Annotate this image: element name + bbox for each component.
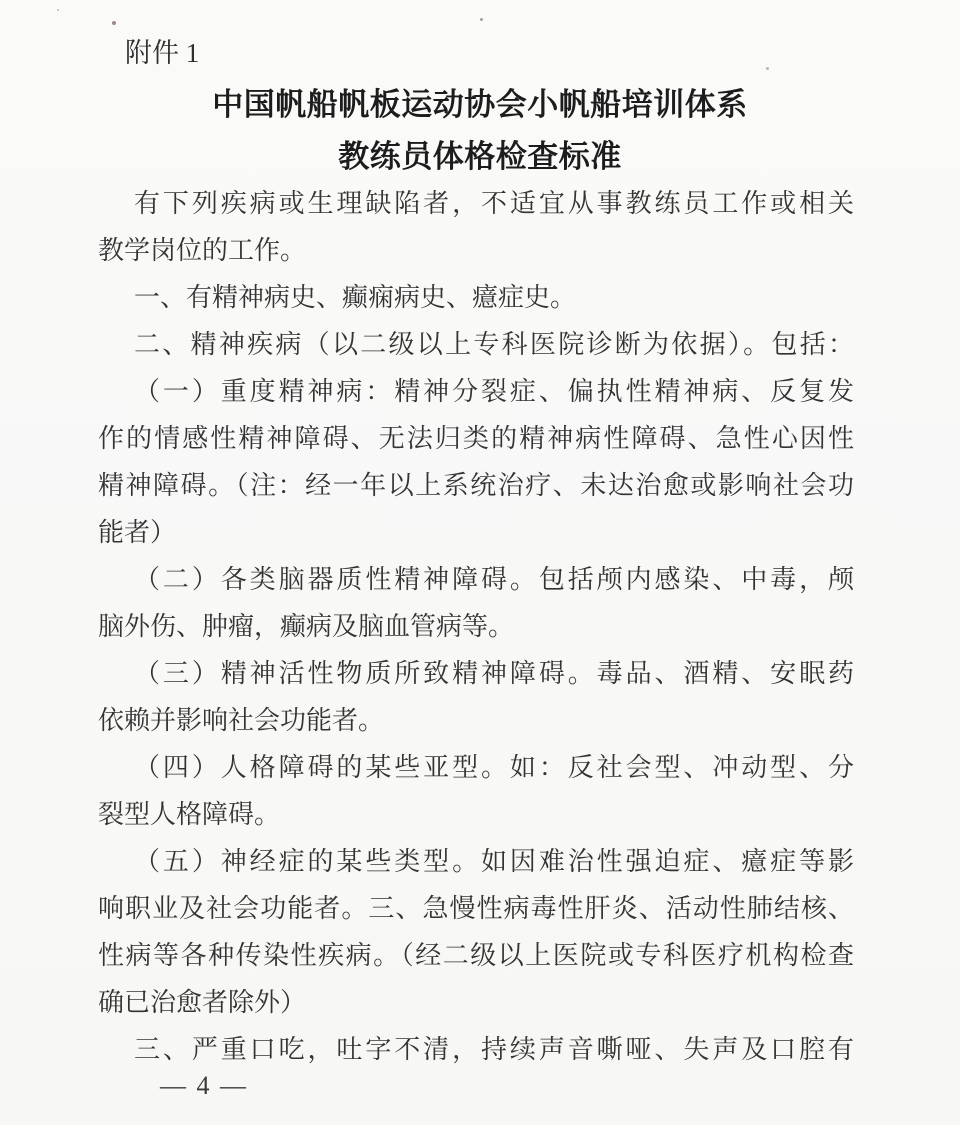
- scan-speck: [480, 18, 483, 21]
- text-line: （四）人格障碍的某些亚型。如：反社会型、冲动型、分: [98, 744, 854, 791]
- page-number: — 4 —: [160, 1071, 248, 1101]
- text-line: （二）各类脑器质性精神障碍。包括颅内感染、中毒，颅: [98, 556, 854, 603]
- text-line: （三）精神活性物质所致精神障碍。毒品、酒精、安眠药: [98, 650, 854, 697]
- text-line: 教学岗位的工作。: [98, 227, 854, 274]
- text-line: 响职业及社会功能者。三、急慢性病毒性肝炎、活动性肺结核、: [98, 885, 854, 932]
- text-line: 有下列疾病或生理缺陷者，不适宜从事教练员工作或相关: [98, 180, 854, 227]
- text-line: 一、有精神病史、癫痫病史、癔症史。: [98, 274, 854, 321]
- document-body: 有下列疾病或生理缺陷者，不适宜从事教练员工作或相关教学岗位的工作。一、有精神病史…: [98, 180, 854, 1073]
- title-line-1: 中国帆船帆板运动协会小帆船培训体系: [0, 79, 960, 131]
- text-line: 三、严重口吃，吐字不清，持续声音嘶哑、失声及口腔有: [98, 1026, 854, 1073]
- scan-speck: [57, 9, 59, 11]
- text-line: 脑外伤、肿瘤，癫病及脑血管病等。: [98, 603, 854, 650]
- text-line: 二、精神疾病（以二级以上专科医院诊断为依据）。包括：: [98, 321, 854, 368]
- text-line: （一）重度精神病：精神分裂症、偏执性精神病、反复发: [98, 368, 854, 415]
- text-line: 裂型人格障碍。: [98, 791, 854, 838]
- text-line: 作的情感性精神障碍、无法归类的精神病性障碍、急性心因性: [98, 415, 854, 462]
- text-line: 依赖并影响社会功能者。: [98, 697, 854, 744]
- text-line: 能者）: [98, 509, 854, 556]
- text-line: 性病等各种传染性疾病。（经二级以上医院或专科医疗机构检查: [98, 932, 854, 979]
- document-title: 中国帆船帆板运动协会小帆船培训体系 教练员体格检查标准: [0, 79, 960, 183]
- text-line: 确已治愈者除外）: [98, 979, 854, 1026]
- scan-speck: [112, 21, 116, 25]
- scanned-document-page: 附件 1 中国帆船帆板运动协会小帆船培训体系 教练员体格检查标准 有下列疾病或生…: [0, 0, 960, 1125]
- title-line-2: 教练员体格检查标准: [0, 131, 960, 183]
- attachment-label: 附件 1: [125, 38, 199, 68]
- scan-speck: [766, 67, 769, 70]
- text-line: 精神障碍。（注：经一年以上系统治疗、未达治愈或影响社会功: [98, 462, 854, 509]
- text-line: （五）神经症的某些类型。如因难治性强迫症、癔症等影: [98, 838, 854, 885]
